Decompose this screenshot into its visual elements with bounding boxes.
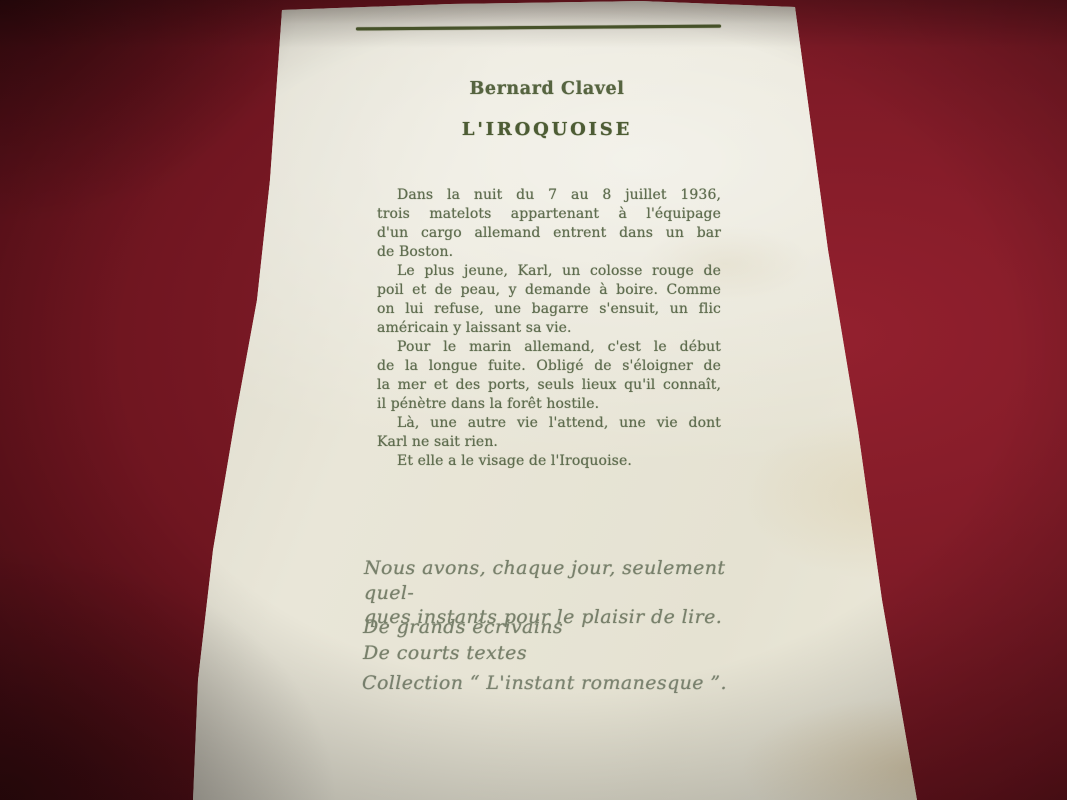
collection-name: Collection “ L'instant romanesque ”.	[362, 672, 782, 694]
tagline-line: Nous avons, chaque jour, seulement quel-	[364, 556, 764, 605]
synopsis-line: la mer et des ports, seuls lieux qu'il c…	[377, 376, 721, 395]
synopsis-line: poil et de peau, y demande à boire. Comm…	[377, 281, 721, 300]
synopsis-line: Dans la nuit du 7 au 8 juillet 1936,	[377, 186, 721, 205]
synopsis-line: Pour le marin allemand, c'est le début	[377, 338, 721, 357]
synopsis: Dans la nuit du 7 au 8 juillet 1936, tro…	[377, 186, 721, 471]
series-line: De grands écrivains	[363, 615, 763, 641]
top-rule	[356, 25, 721, 31]
book-title: L'IROQUOISE	[376, 119, 718, 140]
synopsis-line: trois matelots appartenant à l'équipage	[377, 205, 721, 224]
synopsis-line: de la longue fuite. Obligé de s'éloigner…	[377, 357, 721, 376]
synopsis-line: Et elle a le visage de l'Iroquoise.	[377, 452, 721, 471]
book-cover: Bernard Clavel L'IROQUOISE Dans la nuit …	[0, 0, 1067, 800]
synopsis-line: il pénètre dans la forêt hostile.	[377, 395, 721, 414]
synopsis-line: d'un cargo allemand entrent dans un bar	[377, 224, 721, 243]
series-line: De courts textes	[363, 641, 763, 667]
synopsis-line: on lui refuse, une bagarre s'ensuit, un …	[377, 300, 721, 319]
photo-background: Bernard Clavel L'IROQUOISE Dans la nuit …	[0, 0, 1067, 800]
author-name: Bernard Clavel	[376, 79, 718, 99]
synopsis-line: américain y laissant sa vie.	[377, 319, 721, 338]
synopsis-line: de Boston.	[377, 243, 721, 262]
synopsis-line: Le plus jeune, Karl, un colosse rouge de	[377, 262, 721, 281]
synopsis-line: Là, une autre vie l'attend, une vie dont	[377, 414, 721, 433]
printed-matter: Bernard Clavel L'IROQUOISE Dans la nuit …	[0, 0, 1067, 800]
synopsis-line: Karl ne sait rien.	[377, 433, 721, 452]
series-motto: De grands écrivains De courts textes	[363, 615, 763, 666]
